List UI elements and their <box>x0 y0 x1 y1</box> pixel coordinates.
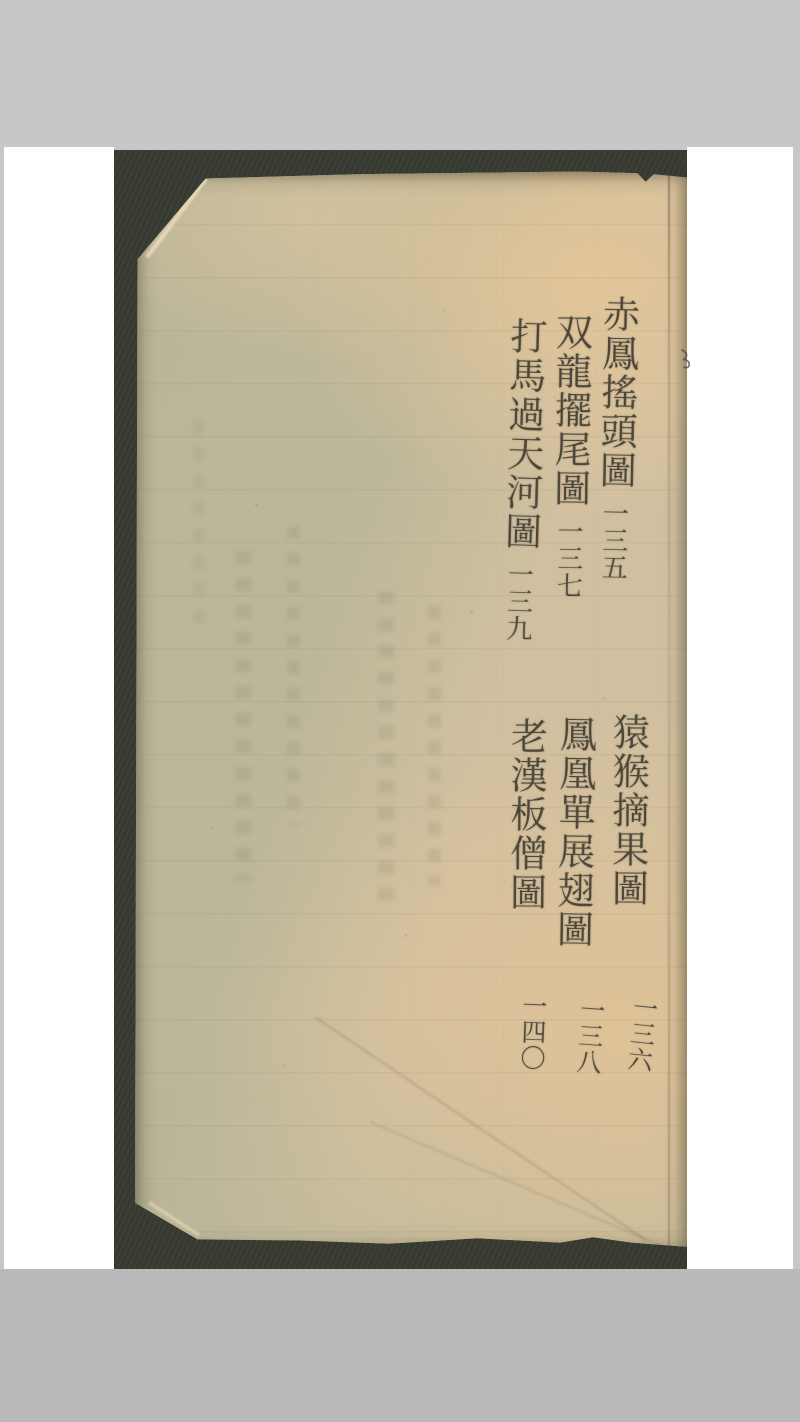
toc-entry: 老漢板僧圖 <box>506 717 544 912</box>
paper-fold-crease <box>668 171 670 1248</box>
ink-bleedthrough-ghost <box>193 421 204 631</box>
toc-entry-page-number: 一三八 <box>574 996 604 1076</box>
ink-bleedthrough-ghost <box>287 526 300 826</box>
manuscript-scan: 赤鳳搖頭圖一三五 双龍擺尾圖一三七 打馬過天河圖一三九 猿猴摘果圖 鳳凰單展翅圖… <box>0 0 800 1422</box>
paper-right-edge-shadow <box>675 171 687 1248</box>
book-backing: 赤鳳搖頭圖一三五 双龍擺尾圖一三七 打馬過天河圖一三九 猿猴摘果圖 鳳凰單展翅圖… <box>114 150 687 1269</box>
toc-entry-title: 鳳凰單展翅圖 <box>550 715 597 950</box>
ink-bleedthrough-ghost <box>378 591 394 911</box>
toc-entry-title: 猿猴摘果圖 <box>605 713 649 908</box>
ink-bleedthrough-ghost <box>235 551 251 881</box>
ink-bleedthrough-ghost <box>428 606 441 886</box>
toc-entry: 猿猴摘果圖 <box>608 713 646 908</box>
edge-character-fragment-icon <box>679 348 693 370</box>
toc-entry-page-number: 一三九 <box>501 561 533 643</box>
toc-entry-title: 赤鳳搖頭圖 <box>593 295 640 491</box>
scanner-margin-right <box>687 147 793 1269</box>
toc-entry-page-number: 一三七 <box>552 518 583 599</box>
toc-entry-title: 老漢板僧圖 <box>503 717 547 912</box>
scanner-band-bottom <box>0 1269 800 1422</box>
toc-entry-page-number: 一四〇 <box>519 993 547 1072</box>
toc-entry-page-number: 一三六 <box>625 994 658 1074</box>
toc-entry: 赤鳳搖頭圖一三五 <box>594 295 637 582</box>
toc-entry-page-number: 一三五 <box>597 500 629 582</box>
manuscript-paper: 赤鳳搖頭圖一三五 双龍擺尾圖一三七 打馬過天河圖一三九 猿猴摘果圖 鳳凰單展翅圖… <box>135 171 687 1248</box>
toc-entry: 鳳凰單展翅圖 <box>553 715 594 950</box>
toc-entry-title: 打馬過天河圖 <box>498 316 548 551</box>
scanner-margin-left <box>4 147 114 1269</box>
toc-entry: 双龍擺尾圖一三七 <box>549 313 589 599</box>
toc-entry-title: 双龍擺尾圖 <box>547 313 592 509</box>
